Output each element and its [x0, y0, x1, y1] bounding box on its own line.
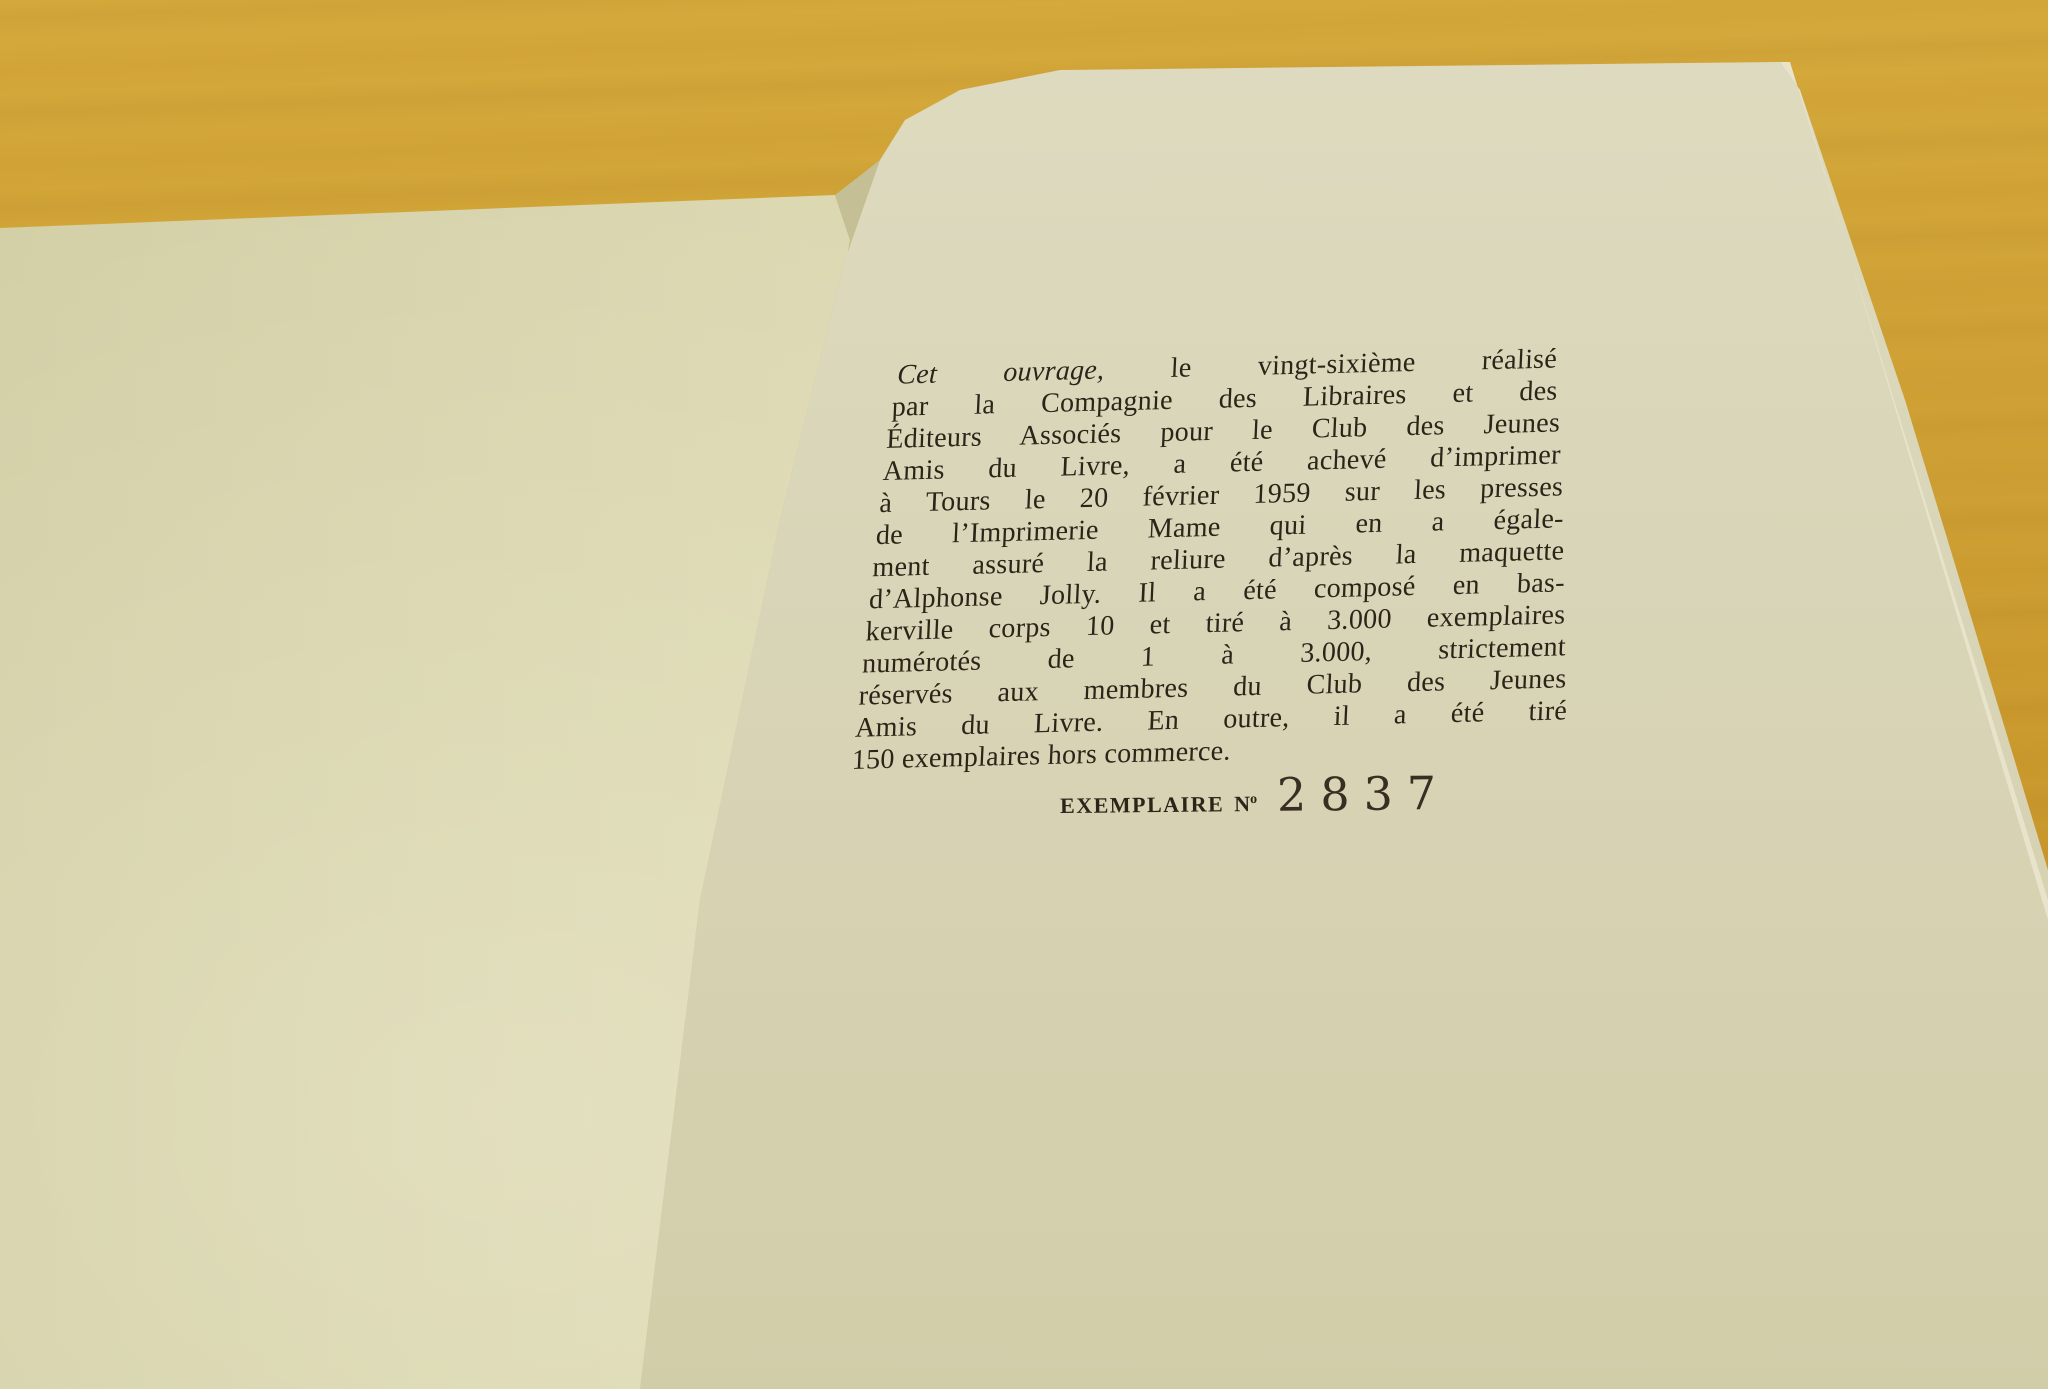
copy-number-stamp: EXEMPLAIRE No 2837	[1060, 766, 1451, 824]
numero-letter: N	[1234, 791, 1250, 816]
numero-sign: No	[1234, 791, 1257, 817]
colophon-italic-opening: Cet ouvrage,	[897, 354, 1106, 390]
colophon-text-block: Cet ouvrage, le vingt-sixième réalisé pa…	[860, 342, 1600, 800]
copy-number: 2837	[1277, 766, 1451, 822]
photo-scene: Cet ouvrage, le vingt-sixième réalisé pa…	[0, 0, 2048, 1389]
numero-superscript: o	[1250, 792, 1257, 807]
exemplaire-label: EXEMPLAIRE	[1060, 791, 1224, 819]
